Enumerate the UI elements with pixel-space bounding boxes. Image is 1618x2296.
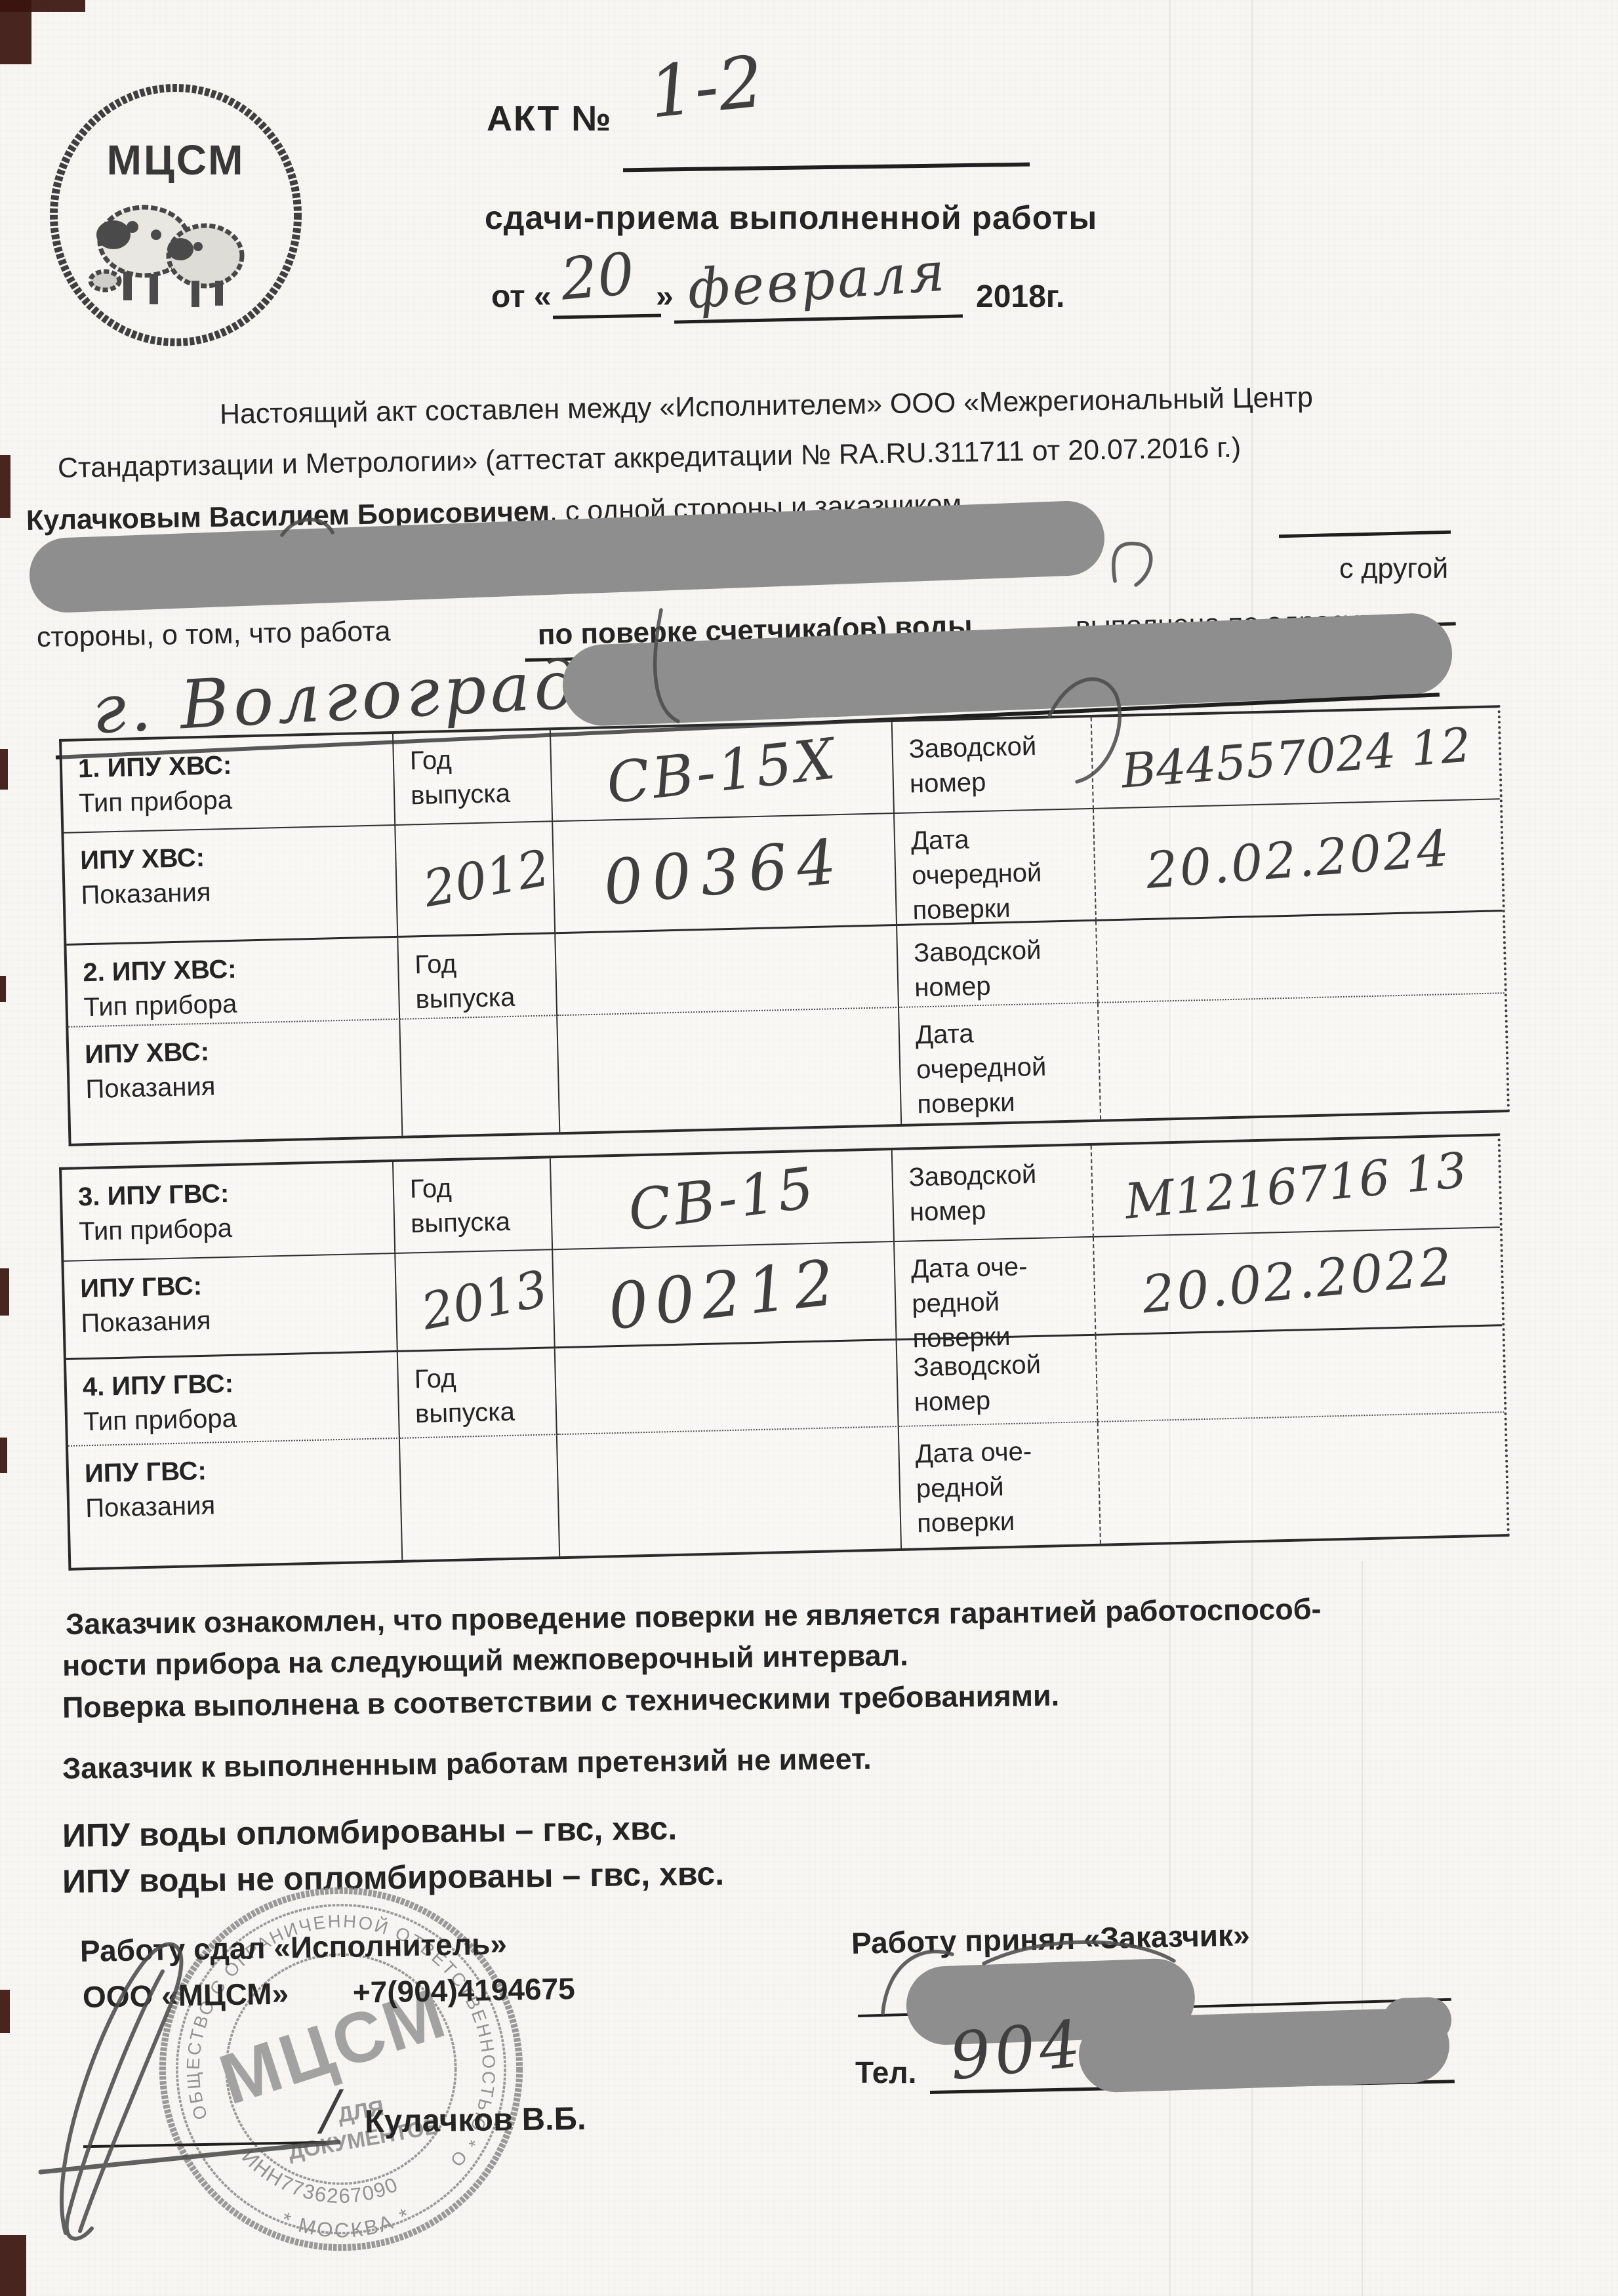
pen-peek bbox=[1049, 679, 1120, 782]
executor-signature bbox=[41, 1944, 338, 2239]
pen-peek bbox=[282, 519, 333, 535]
scanned-act-document: МЦСМ АКТ № 1-2 сдачи-приема выполненной … bbox=[0, 0, 1618, 2296]
pen-strokes-overlay bbox=[0, 0, 1618, 2296]
pen-peek bbox=[1114, 544, 1151, 585]
customer-signature bbox=[883, 1942, 1174, 2013]
pen-peek bbox=[655, 610, 678, 721]
